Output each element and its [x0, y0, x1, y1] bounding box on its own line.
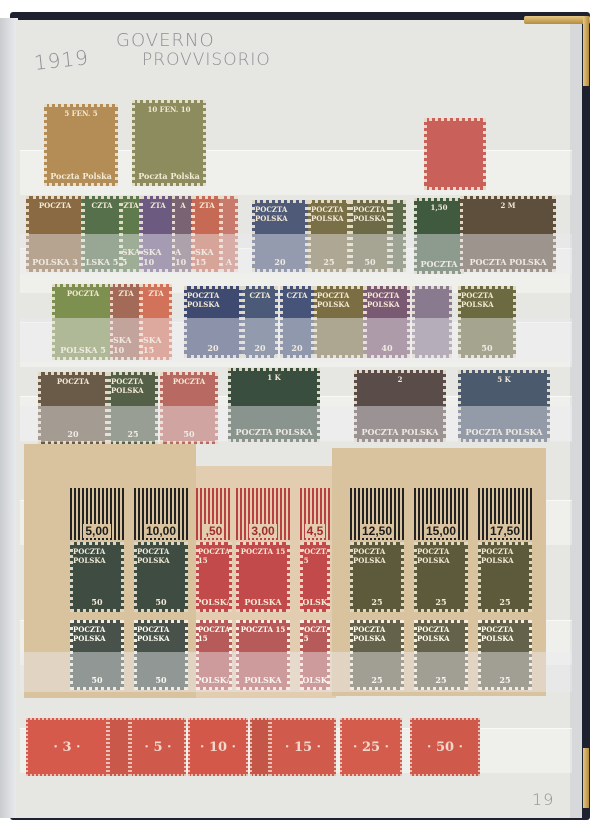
stamp[interactable]: CZTA20: [280, 286, 314, 358]
gold-corner-right: [583, 16, 589, 86]
plate-number-margin: ,50: [196, 488, 232, 540]
stamp-inscription: POCZTA: [39, 199, 71, 210]
stamp[interactable]: POCZTA POLSKA25: [414, 542, 468, 612]
stamp-inscription: POCZTA POLSKA: [417, 545, 465, 565]
stamp-inscription: CZTA: [92, 199, 113, 210]
postage-due-stamp[interactable]: [250, 718, 270, 776]
stamp-inscription: POCZTA POLSKA: [111, 375, 155, 395]
stamp[interactable]: [390, 200, 406, 272]
stamp-value: A 10: [175, 247, 191, 269]
stamp-value: 25: [371, 597, 382, 609]
stamp[interactable]: POCZTA 15POLSKA: [196, 542, 232, 612]
stamp[interactable]: POCZTA POLSKA25: [350, 620, 404, 690]
stamp-value: SKA 10: [143, 247, 173, 269]
stamp-inscription: 1,50: [430, 201, 447, 212]
plate-number-margin: 4,5: [300, 488, 330, 540]
stamp[interactable]: ZTASKA 10: [110, 284, 142, 360]
stamp[interactable]: POCZTA POLSKA20: [252, 200, 308, 272]
plate-number: 12,50: [360, 524, 394, 538]
stamp-inscription: POCZTA 15: [241, 623, 285, 634]
plate-number: 15,00: [424, 524, 458, 538]
stamp-value: 20: [291, 343, 302, 355]
plate-number-margin: 10,00: [134, 488, 188, 540]
stamp[interactable]: POCZTAPOLSKA 5: [52, 284, 114, 360]
stamp-value: SKA 5: [122, 247, 141, 269]
stamp[interactable]: POCZTA POLSKA50: [70, 542, 124, 612]
stamp[interactable]: ZTASKA 5: [120, 196, 142, 272]
stamp[interactable]: ZTASKA 10: [140, 196, 176, 272]
stamp-inscription: 2: [398, 373, 403, 384]
stamp-inscription: POCZTA POLSKA: [137, 623, 185, 643]
stamp-inscription: POCZTA POLSKA: [481, 545, 529, 565]
stamp-value: SKA 10: [113, 335, 139, 357]
stamp-inscription: 1 K: [267, 371, 280, 382]
postage-due-stamp[interactable]: · 3 ·: [26, 718, 108, 776]
stamp-value: 50: [481, 343, 492, 355]
postage-due-value: · 10 ·: [200, 740, 236, 755]
postage-due-value: · 5 ·: [144, 740, 171, 755]
stamp-value: 25: [371, 675, 382, 687]
stamp-value: 20: [274, 257, 285, 269]
stamp[interactable]: POCZTA POLSKA25: [308, 200, 350, 272]
plate-number: ,50: [204, 524, 225, 538]
stamp-inscription: POCZTA POLSKA: [367, 289, 407, 309]
stamp[interactable]: POCZTA POLSKA20: [184, 286, 242, 358]
postage-due-stamp[interactable]: · 10 ·: [188, 718, 248, 776]
page-title-line2: PROVVISORIO: [142, 50, 271, 70]
stamp-inscription: POCZTA 15: [198, 623, 230, 643]
stamp-value: 50: [183, 429, 194, 441]
postage-due-stamp[interactable]: · 15 ·: [270, 718, 336, 776]
postage-due-value: · 3 ·: [53, 740, 80, 755]
stamp-inscription: POCZTA 15: [300, 623, 330, 643]
stamp[interactable]: POCZTA20: [38, 372, 108, 444]
stamp[interactable]: POCZTA 15POLSKA: [300, 542, 330, 612]
plate-number-margin: 17,50: [478, 488, 532, 540]
stamp-value: POLSKA 3: [32, 257, 78, 269]
stamp[interactable]: ZTASKA 15: [192, 196, 222, 272]
postage-due-value: · 25 ·: [353, 740, 389, 755]
stamp[interactable]: 5 KPOCZTA POLSKA: [458, 370, 550, 442]
stamp-value: POCZTA POLSKA: [362, 427, 439, 439]
plate-number-margin: 5,00: [70, 488, 124, 540]
stamp-value: 25: [435, 675, 446, 687]
stamp[interactable]: POCZTA POLSKA50: [350, 200, 390, 272]
stamp[interactable]: POCZTA POLSKA25: [350, 542, 404, 612]
stamp-value: 25: [435, 597, 446, 609]
stamp-inscription: POCZTA: [57, 375, 89, 386]
stamp[interactable]: 1 KPOCZTA POLSKA: [228, 368, 320, 442]
stamp[interactable]: POCZTA POLSKA25: [108, 372, 158, 444]
stamp-value: A: [226, 257, 232, 269]
stamp-inscription: POCZTA POLSKA: [353, 203, 387, 223]
stamp-value: 25: [499, 675, 510, 687]
stamp-value: 20: [67, 429, 78, 441]
stamp-inscription: POCZTA POLSKA: [73, 545, 121, 565]
gold-corner-bottom: [583, 748, 589, 808]
stamp-value: 25: [127, 429, 138, 441]
stamp[interactable]: 5 FEN. 5Poczta Polska: [44, 104, 118, 186]
stamp-inscription: POCZTA POLSKA: [255, 203, 305, 223]
stamp[interactable]: [412, 286, 452, 358]
stamp-value: 20: [254, 343, 265, 355]
stamp-value: POCZTA: [421, 259, 458, 271]
stamp[interactable]: POCZTA 15POLSKA: [300, 620, 330, 690]
stamp-value: Poczta Polska: [50, 171, 112, 183]
stamp[interactable]: POCZTA 15POLSKA: [236, 542, 290, 612]
stamp-value: POLSKA: [244, 675, 281, 687]
stamp-value: LSKA 5: [86, 257, 119, 269]
stamp-inscription: POCZTA: [173, 375, 205, 386]
plate-number: 5,00: [83, 524, 110, 538]
stamp[interactable]: POCZTA POLSKA25: [478, 542, 532, 612]
stamp[interactable]: POCZTA POLSKA: [314, 286, 366, 358]
stamp[interactable]: POCZTAPOLSKA 3: [26, 196, 84, 272]
stamp-inscription: POCZTA 15: [300, 545, 330, 565]
stamp[interactable]: POCZTA 15POLSKA: [196, 620, 232, 690]
stamp-value: POLSKA: [300, 675, 330, 687]
plate-number-margin: 12,50: [350, 488, 404, 540]
stamp-value: POLSKA: [300, 597, 330, 609]
stamp[interactable]: POCZTA 15POLSKA: [236, 620, 290, 690]
postage-due-value: · 15 ·: [285, 740, 321, 755]
stamp[interactable]: POCZTA POLSKA50: [70, 620, 124, 690]
stamp[interactable]: POCZTA POLSKA25: [478, 620, 532, 690]
stamp[interactable]: A: [220, 196, 238, 272]
stamp-value: 25: [499, 597, 510, 609]
stamp-value: 25: [323, 257, 334, 269]
stamp-inscription: POCZTA POLSKA: [73, 623, 121, 643]
stamp-inscription: ZTA: [123, 199, 138, 210]
stamp[interactable]: POCZTA POLSKA50: [134, 542, 188, 612]
stamp-inscription: POCZTA POLSKA: [137, 545, 185, 565]
stamp-inscription: POCZTA POLSKA: [317, 289, 363, 309]
stamp-inscription: A: [180, 199, 185, 210]
stamp[interactable]: AA 10: [172, 196, 194, 272]
stamp[interactable]: POCZTA POLSKA50: [134, 620, 188, 690]
stamp-inscription: POCZTA POLSKA: [311, 203, 347, 223]
stamp-inscription: ZTA: [199, 199, 214, 210]
plate-number: 17,50: [488, 524, 522, 538]
page-title-line1: GOVERNO: [116, 30, 215, 51]
stamp-value: POLSKA 5: [60, 345, 106, 357]
stamp-inscription: POCZTA POLSKA: [353, 623, 401, 643]
plate-number: 4,5: [305, 524, 326, 538]
plate-number: 3,00: [249, 524, 276, 538]
stamp-value: POCZTA POLSKA: [470, 257, 547, 269]
stamp-inscription: POCZTA POLSKA: [417, 623, 465, 643]
stamp-inscription: POCZTA 15: [241, 545, 285, 556]
stamp[interactable]: POCZTA50: [160, 372, 218, 444]
stamp-inscription: CZTA: [287, 289, 308, 300]
stamp-value: POLSKA: [196, 675, 232, 687]
stamp[interactable]: 2 MPOCZTA POLSKA: [460, 196, 556, 272]
stamp-inscription: ZTA: [148, 287, 163, 298]
stamp-value: SKA 15: [195, 247, 219, 269]
stamp-inscription: 2 M: [500, 199, 515, 210]
stamp-value: 50: [155, 675, 166, 687]
postage-due-stamp[interactable]: · 25 ·: [340, 718, 402, 776]
stamp[interactable]: CZTALSKA 5: [82, 196, 122, 272]
stamp-inscription: 10 FEN. 10: [147, 103, 190, 114]
stamp-value: Poczta Polska: [138, 171, 200, 183]
plate-number-margin: 3,00: [236, 488, 290, 540]
stamp-inscription: POCZTA: [67, 287, 99, 298]
stamp-value: 50: [91, 675, 102, 687]
stamp-inscription: POCZTA POLSKA: [187, 289, 239, 309]
postage-due-stamp[interactable]: [108, 718, 130, 776]
gold-corner-top: [524, 16, 590, 24]
stamp-value: POCZTA POLSKA: [466, 427, 543, 439]
plate-number-margin: 15,00: [414, 488, 468, 540]
stamp-inscription: CZTA: [250, 289, 271, 300]
stamp-inscription: POCZTA POLSKA: [353, 545, 401, 565]
stamp-value: 20: [207, 343, 218, 355]
stamp-inscription: ZTA: [118, 287, 133, 298]
stamp-value: POCZTA POLSKA: [236, 427, 313, 439]
stamp[interactable]: 10 FEN. 10Poczta Polska: [132, 100, 206, 186]
postage-due-stamp[interactable]: · 5 ·: [130, 718, 186, 776]
stamp-value: 50: [91, 597, 102, 609]
stamp-inscription: POCZTA POLSKA: [461, 289, 513, 309]
page-number: 19: [532, 790, 554, 809]
stamp-value: SKA 15: [143, 335, 169, 357]
stamp-value: POLSKA: [196, 597, 232, 609]
stamp[interactable]: [424, 118, 486, 190]
postage-due-stamp[interactable]: · 50 ·: [410, 718, 480, 776]
stamp[interactable]: POCZTA POLSKA25: [414, 620, 468, 690]
stamp-value: 50: [364, 257, 375, 269]
stamp[interactable]: CZTA20: [242, 286, 278, 358]
stamp-inscription: 5 FEN. 5: [64, 107, 97, 118]
stamp-value: POLSKA: [244, 597, 281, 609]
stamp-inscription: 5 K: [497, 373, 510, 384]
stamp[interactable]: POCZTA POLSKA50: [458, 286, 516, 358]
stamp-inscription: POCZTA POLSKA: [481, 623, 529, 643]
stamp[interactable]: ZTASKA 15: [140, 284, 172, 360]
stamp-inscription: ZTA: [150, 199, 165, 210]
plate-number: 10,00: [144, 524, 178, 538]
stamp-inscription: POCZTA 15: [198, 545, 230, 565]
stamp[interactable]: 2POCZTA POLSKA: [354, 370, 446, 442]
stamp-value: 40: [381, 343, 392, 355]
stamp[interactable]: POCZTA POLSKA40: [364, 286, 410, 358]
stamp-value: 50: [155, 597, 166, 609]
postage-due-value: · 50 ·: [427, 740, 463, 755]
stamp[interactable]: 1,50POCZTA: [414, 198, 464, 274]
